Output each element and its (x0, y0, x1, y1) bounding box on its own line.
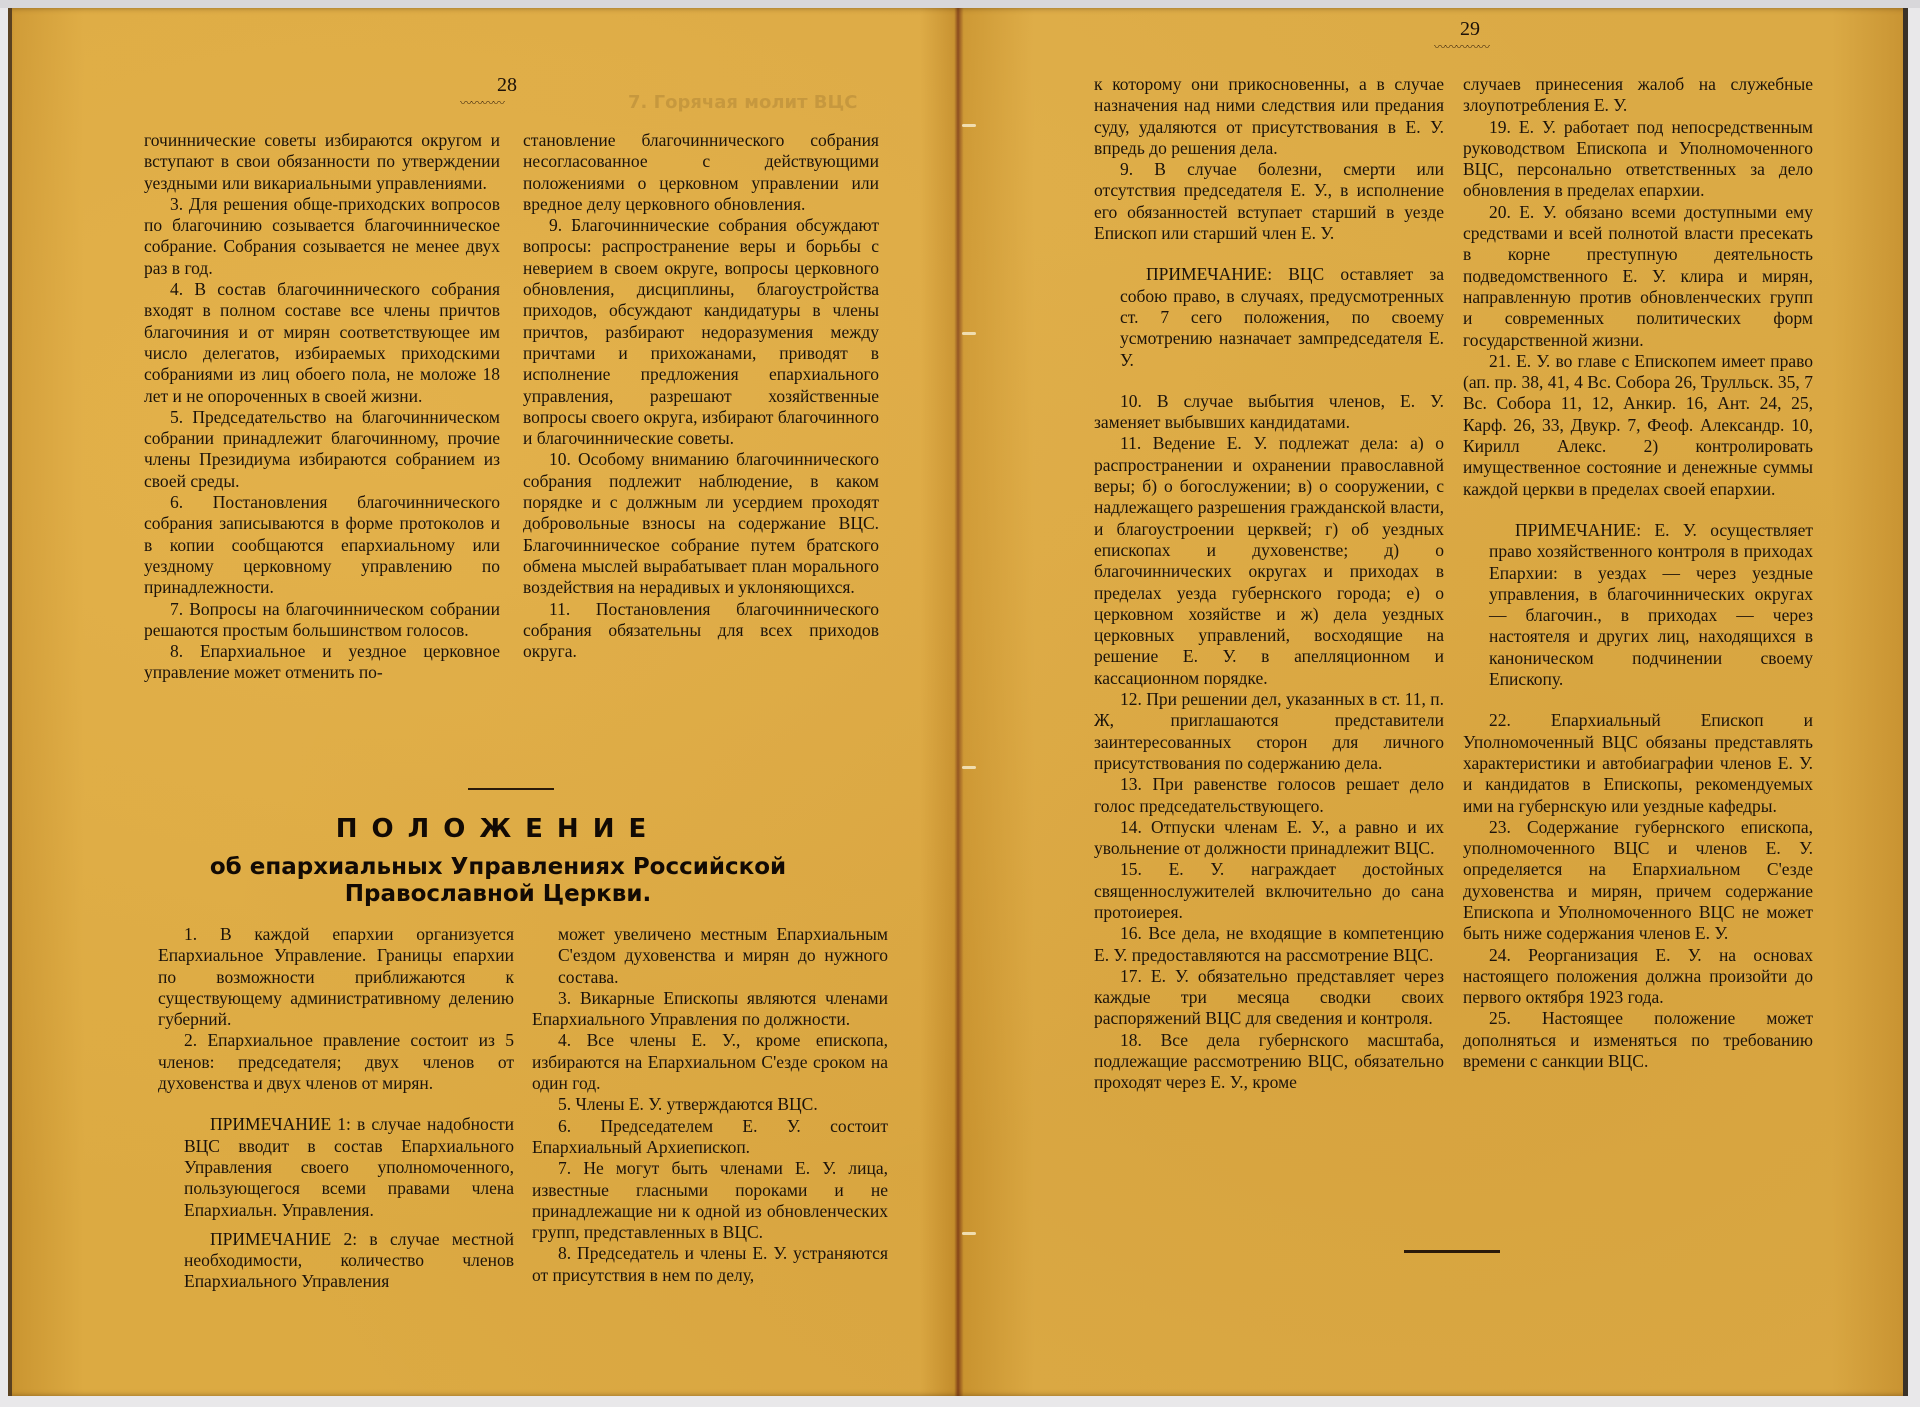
article-paragraph: 8. Председатель и члены Е. У. устраняютс… (532, 1243, 888, 1286)
article-paragraph: 6. Председателем Е. У. состоит Епархиаль… (532, 1116, 888, 1159)
article-paragraph: 9. Благочиннические собрания обсуждают в… (523, 215, 879, 449)
article-paragraph: 10. Особому вниманию благочиннического с… (523, 449, 879, 598)
subtitle-line-1: об епархиальных Управлениях Российской (128, 854, 868, 881)
page-28: 28 〰〰〰〰 7. Горячая молит ВЦС гочинническ… (8, 8, 968, 1396)
article-paragraph: 3. Викарные Епископы являются членами Еп… (532, 988, 888, 1031)
page-number-ornament: 〰〰〰〰〰 (1434, 38, 1489, 55)
note-paragraph: может увеличено местным Епархиальным С'е… (532, 924, 888, 988)
article-paragraph: 7. Вопросы на благочинническом собрании … (144, 599, 500, 642)
article-paragraph: 22. Епархиальный Епископ и Уполномоченны… (1463, 710, 1813, 816)
article-paragraph: 16. Все дела, не входящие в компетенцию … (1094, 923, 1444, 966)
bleed-through-text: 7. Горячая молит ВЦС (628, 92, 857, 113)
article-paragraph: 4. В состав благочиннического собрания в… (144, 279, 500, 407)
article-paragraph: 1. В каждой епархии организуется Епархиа… (158, 924, 514, 1030)
article-paragraph: к которому они прикосновенны, а в случае… (1094, 74, 1444, 159)
binding-stitch (962, 766, 976, 769)
article-paragraph: 21. Е. У. во главе с Епископем имеет пра… (1463, 351, 1813, 500)
article-paragraph: 23. Содержание губернского епископа, упо… (1463, 817, 1813, 945)
column-4: может увеличено местным Епархиальным С'е… (532, 924, 888, 1286)
article-paragraph: 9. В случае болезни, смерти или отсутств… (1094, 159, 1444, 244)
article-paragraph: 17. Е. У. обязательно представляет через… (1094, 966, 1444, 1030)
note-paragraph: ПРИМЕЧАНИЕ 1: в случае надобности ВЦС вв… (158, 1114, 514, 1220)
article-paragraph: 19. Е. У. работает под непосредственным … (1463, 117, 1813, 202)
article-paragraph: 13. При равенстве голосов решает дело го… (1094, 774, 1444, 817)
article-paragraph: 6. Постановления благочиннического собра… (144, 492, 500, 598)
scan-right-edge (1903, 8, 1908, 1396)
article-paragraph: 11. Ведение Е. У. подлежат дела: а) о ра… (1094, 433, 1444, 689)
column-2: становление благочиннического собрания н… (523, 130, 879, 662)
article-paragraph: случаев принесения жалоб на служебные зл… (1463, 74, 1813, 117)
article-paragraph: 2. Епархиальное правление состоит из 5 ч… (158, 1030, 514, 1094)
subtitle-line-2: Православной Церкви. (128, 881, 868, 908)
binding-stitch (962, 124, 976, 127)
article-paragraph: 7. Не могут быть членами Е. У. лица, изв… (532, 1158, 888, 1243)
article-paragraph: 10. В случае выбытия членов, Е. У. замен… (1094, 391, 1444, 434)
document-title: ПОЛОЖЕНИЕ (128, 814, 868, 844)
article-paragraph: 11. Постановления благочиннического собр… (523, 599, 879, 663)
note-paragraph: ПРИМЕЧАНИЕ: Е. У. осуществляет право хоз… (1463, 520, 1813, 690)
article-paragraph: 4. Все члены Е. У., кроме епископа, изби… (532, 1030, 888, 1094)
note-paragraph: ПРИМЕЧАНИЕ: ВЦС оставляет за собою право… (1094, 264, 1444, 370)
column-1: гочиннические советы избираются округом … (144, 130, 500, 684)
article-paragraph: 14. Отпуски членам Е. У., а равно и их у… (1094, 817, 1444, 860)
column-2: случаев принесения жалоб на служебные зл… (1463, 74, 1813, 1072)
binding-stitch (962, 1232, 976, 1235)
article-paragraph: 20. Е. У. обязано всеми доступными ему с… (1463, 202, 1813, 351)
end-rule (1404, 1250, 1500, 1253)
column-3: 1. В каждой епархии организуется Епархиа… (158, 924, 514, 1293)
column-1: к которому они прикосновенны, а в случае… (1094, 74, 1444, 1094)
document-subtitle: об епархиальных Управлениях Российской П… (128, 854, 868, 908)
article-paragraph: 5. Председательство на благочинническом … (144, 407, 500, 492)
article-paragraph: 24. Реорганизация Е. У. на основах насто… (1463, 945, 1813, 1009)
article-paragraph: 3. Для решения обще-приходских вопросов … (144, 194, 500, 279)
page-number-ornament: 〰〰〰〰 (460, 94, 504, 111)
article-paragraph: становление благочиннического собрания н… (523, 130, 879, 215)
article-paragraph: 25. Настоящее положение может дополнятьс… (1463, 1008, 1813, 1072)
book-spread: 28 〰〰〰〰 7. Горячая молит ВЦС гочинническ… (8, 8, 1908, 1396)
article-paragraph: гочиннические советы избираются округом … (144, 130, 500, 194)
section-divider (468, 788, 554, 790)
note-paragraph: ПРИМЕЧАНИЕ 2: в случае местной необходим… (158, 1229, 514, 1293)
binding-stitch (962, 332, 976, 335)
article-paragraph: 8. Епархиальное и уездное церковное упра… (144, 641, 500, 684)
article-paragraph: 5. Члены Е. У. утверждаются ВЦС. (532, 1094, 888, 1115)
article-paragraph: 18. Все дела губернского масштаба, подле… (1094, 1030, 1444, 1094)
article-paragraph: 12. При решении дел, указанных в ст. 11,… (1094, 689, 1444, 774)
article-paragraph: 15. Е. У. награждает достойных священнос… (1094, 859, 1444, 923)
scan-left-edge (8, 8, 12, 1396)
scan-top-border (0, 0, 1920, 8)
page-29: 29 〰〰〰〰〰 к которому они прикосновенны, а… (970, 8, 1908, 1396)
